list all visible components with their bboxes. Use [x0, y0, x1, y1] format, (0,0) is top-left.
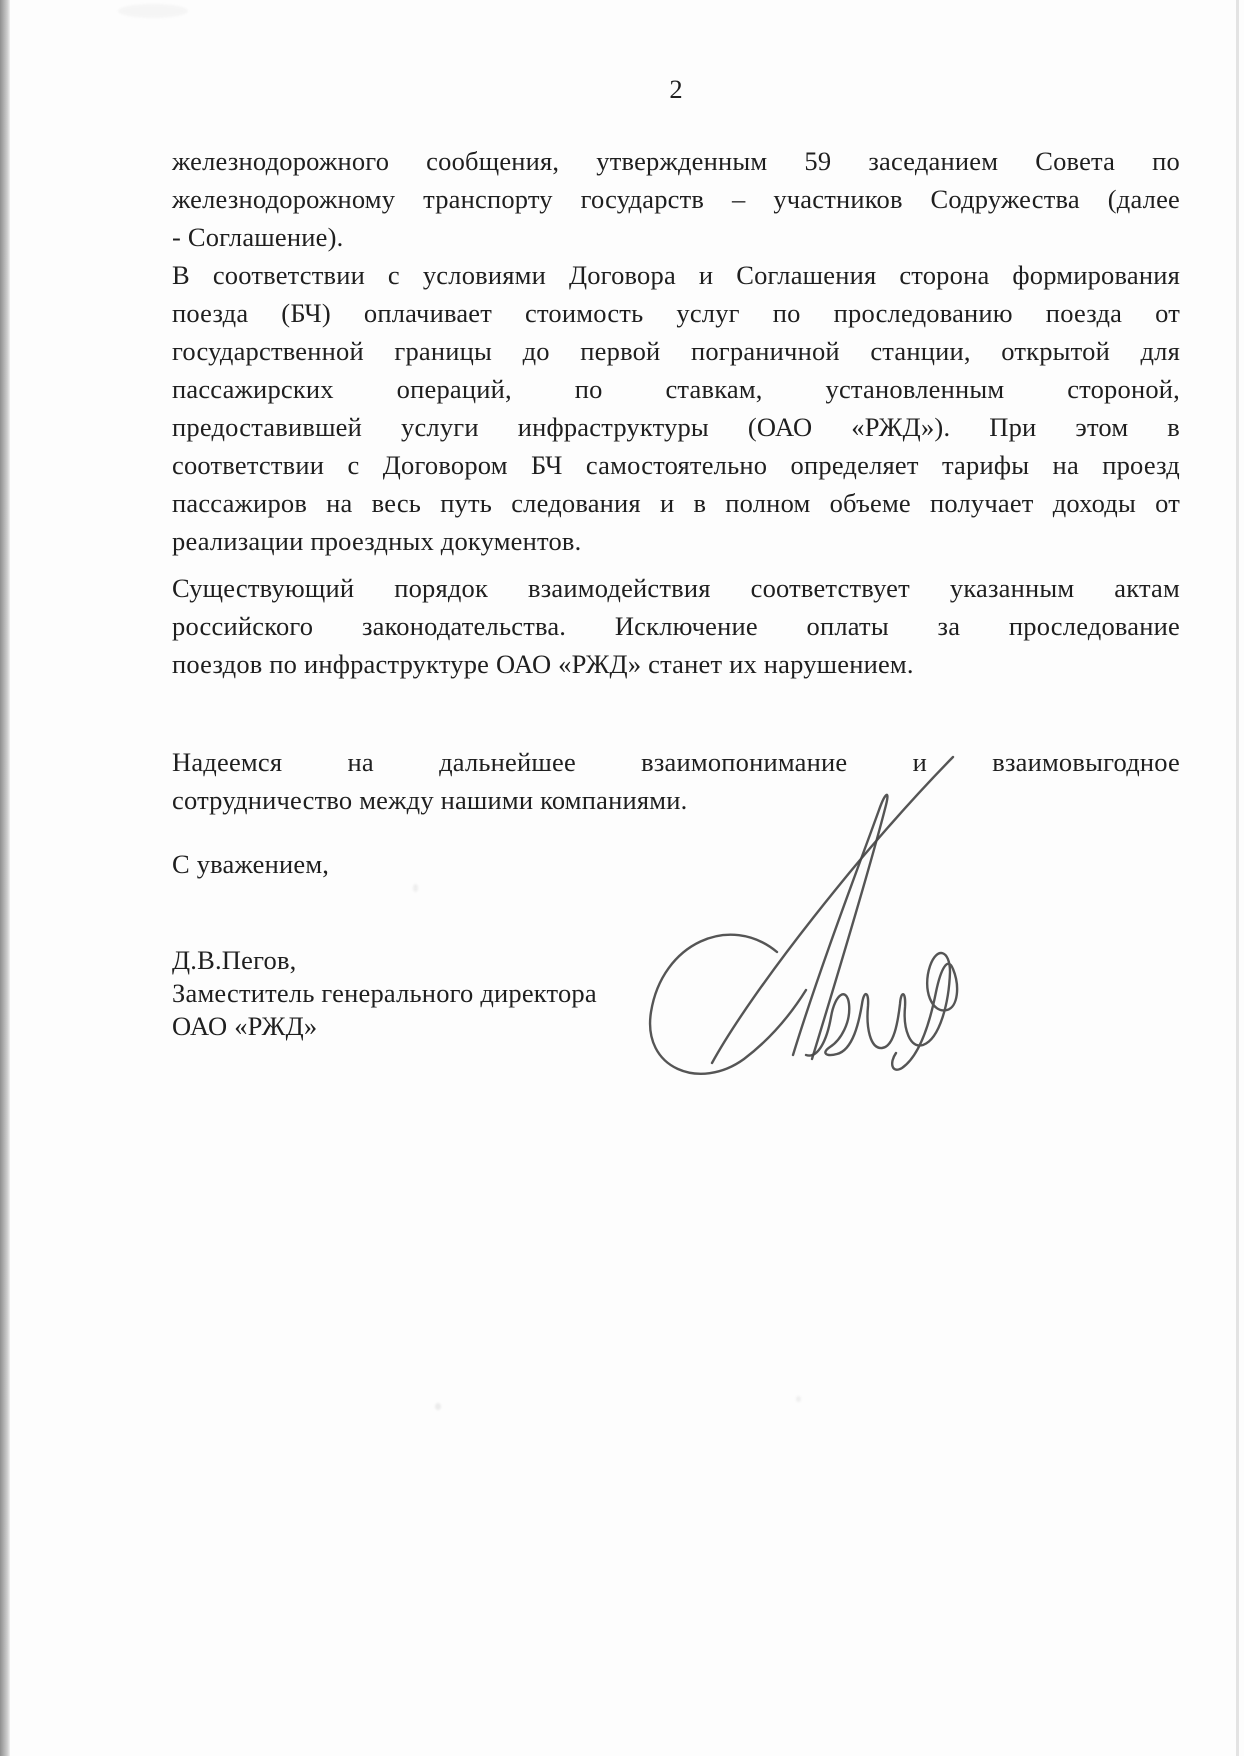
signature-stroke	[806, 953, 957, 1070]
scan-edge-right	[1236, 0, 1239, 1756]
text-line: Существующий порядок взаимодействия соот…	[172, 569, 1180, 607]
text-line: соответствии с Договором БЧ самостоятель…	[172, 446, 1180, 484]
text-line: пассажиров на весь путь следования и в п…	[172, 484, 1180, 522]
text-line: - Соглашение).	[172, 218, 1180, 256]
text-line: В соответствии с условиями Договора и Со…	[172, 256, 1180, 294]
text-line: предоставившей услуги инфраструктуры (ОА…	[172, 408, 1180, 446]
text-line: железнодорожного сообщения, утвержденным…	[172, 142, 1180, 180]
scanned-letter-page: 2 железнодорожного сообщения, утвержденн…	[0, 0, 1244, 1756]
scan-smudge	[796, 1396, 801, 1402]
signature-stroke	[712, 757, 953, 1063]
scan-edge-left	[0, 0, 10, 1756]
text-line: железнодорожному транспорту государств –…	[172, 180, 1180, 218]
text-line: государственной границы до первой погран…	[172, 332, 1180, 370]
scan-smudge	[118, 4, 188, 18]
text-line: реализации проездных документов.	[172, 522, 1180, 560]
paragraph-2: В соответствии с условиями Договора и Со…	[172, 256, 1180, 560]
page-number: 2	[172, 70, 1180, 108]
paragraph-1: железнодорожного сообщения, утвержденным…	[172, 142, 1180, 256]
text-line: российского законодательства. Исключение…	[172, 607, 1180, 645]
text-line: поезда (БЧ) оплачивает стоимость услуг п…	[172, 294, 1180, 332]
scan-smudge	[435, 1403, 441, 1410]
scan-smudge	[413, 884, 418, 892]
handwritten-signature	[600, 655, 980, 1080]
text-line: пассажирских операций, по ставкам, устан…	[172, 370, 1180, 408]
